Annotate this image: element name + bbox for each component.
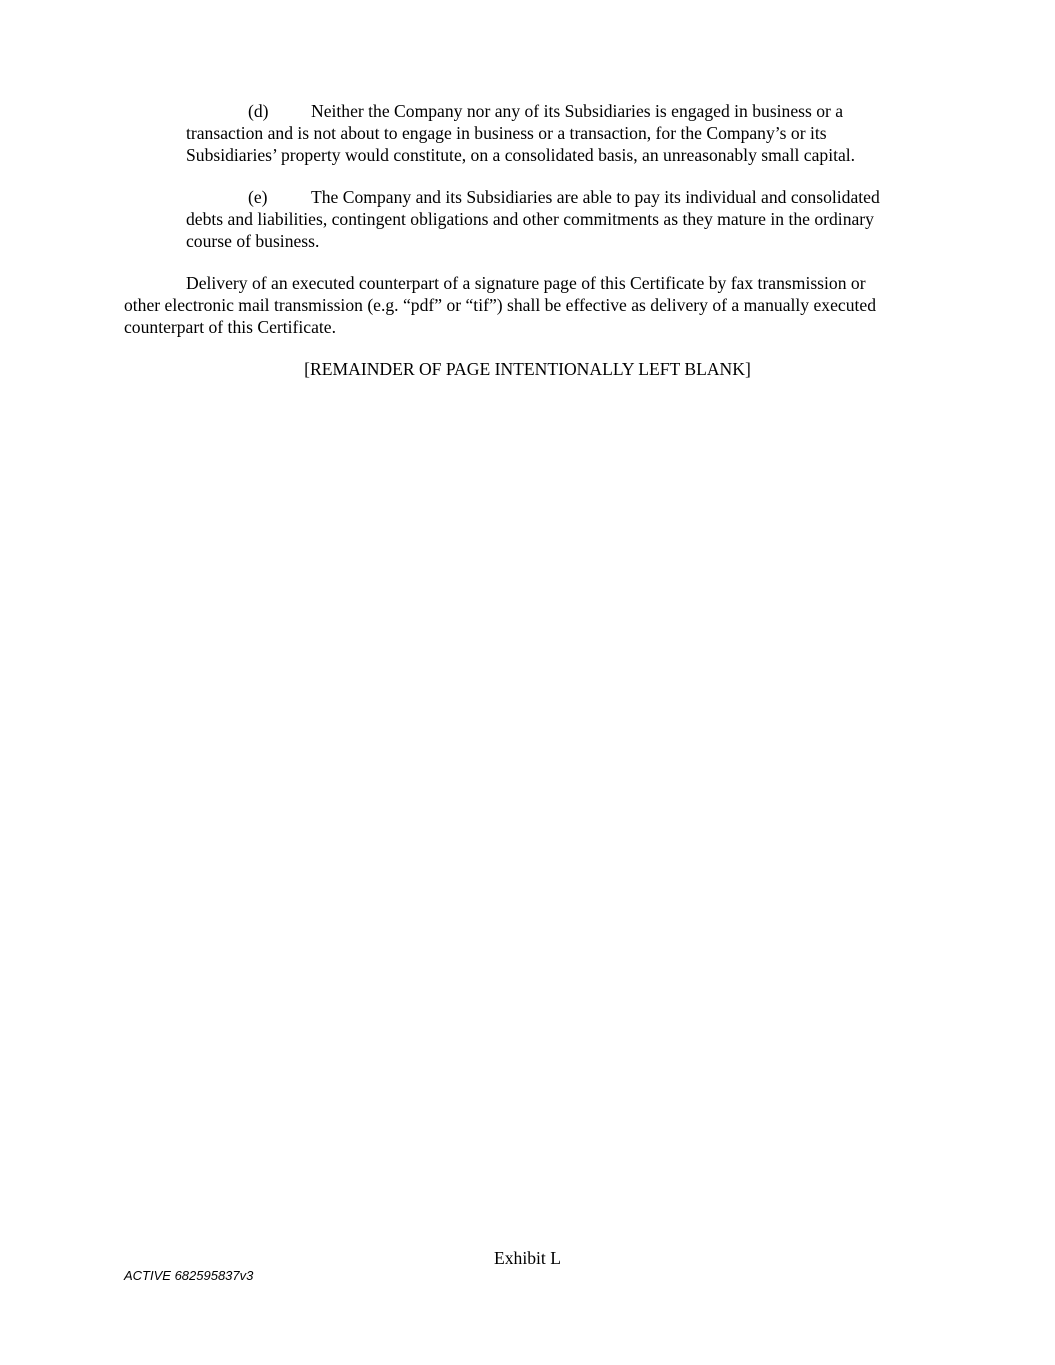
paragraph-line: course of business. [186, 230, 319, 252]
paragraph-line: debts and liabilities, contingent obliga… [186, 208, 874, 230]
document-id: ACTIVE 682595837v3 [124, 1268, 253, 1283]
paragraph-label: (d) [248, 101, 269, 121]
paragraph-line: Delivery of an executed counterpart of a… [186, 272, 866, 294]
paragraph-line: Neither the Company nor any of its Subsi… [311, 100, 843, 122]
paragraph-line: transaction and is not about to engage i… [186, 122, 827, 144]
paragraph-line: other electronic mail transmission (e.g.… [124, 294, 876, 316]
paragraph-line: The Company and its Subsidiaries are abl… [311, 186, 880, 208]
exhibit-label: Exhibit L [0, 1248, 1055, 1269]
remainder-notice: [REMAINDER OF PAGE INTENTIONALLY LEFT BL… [0, 358, 1055, 380]
paragraph-line: counterpart of this Certificate. [124, 316, 336, 338]
paragraph-label: (e) [248, 187, 268, 207]
paragraph-line: Subsidiaries’ property would constitute,… [186, 144, 855, 166]
